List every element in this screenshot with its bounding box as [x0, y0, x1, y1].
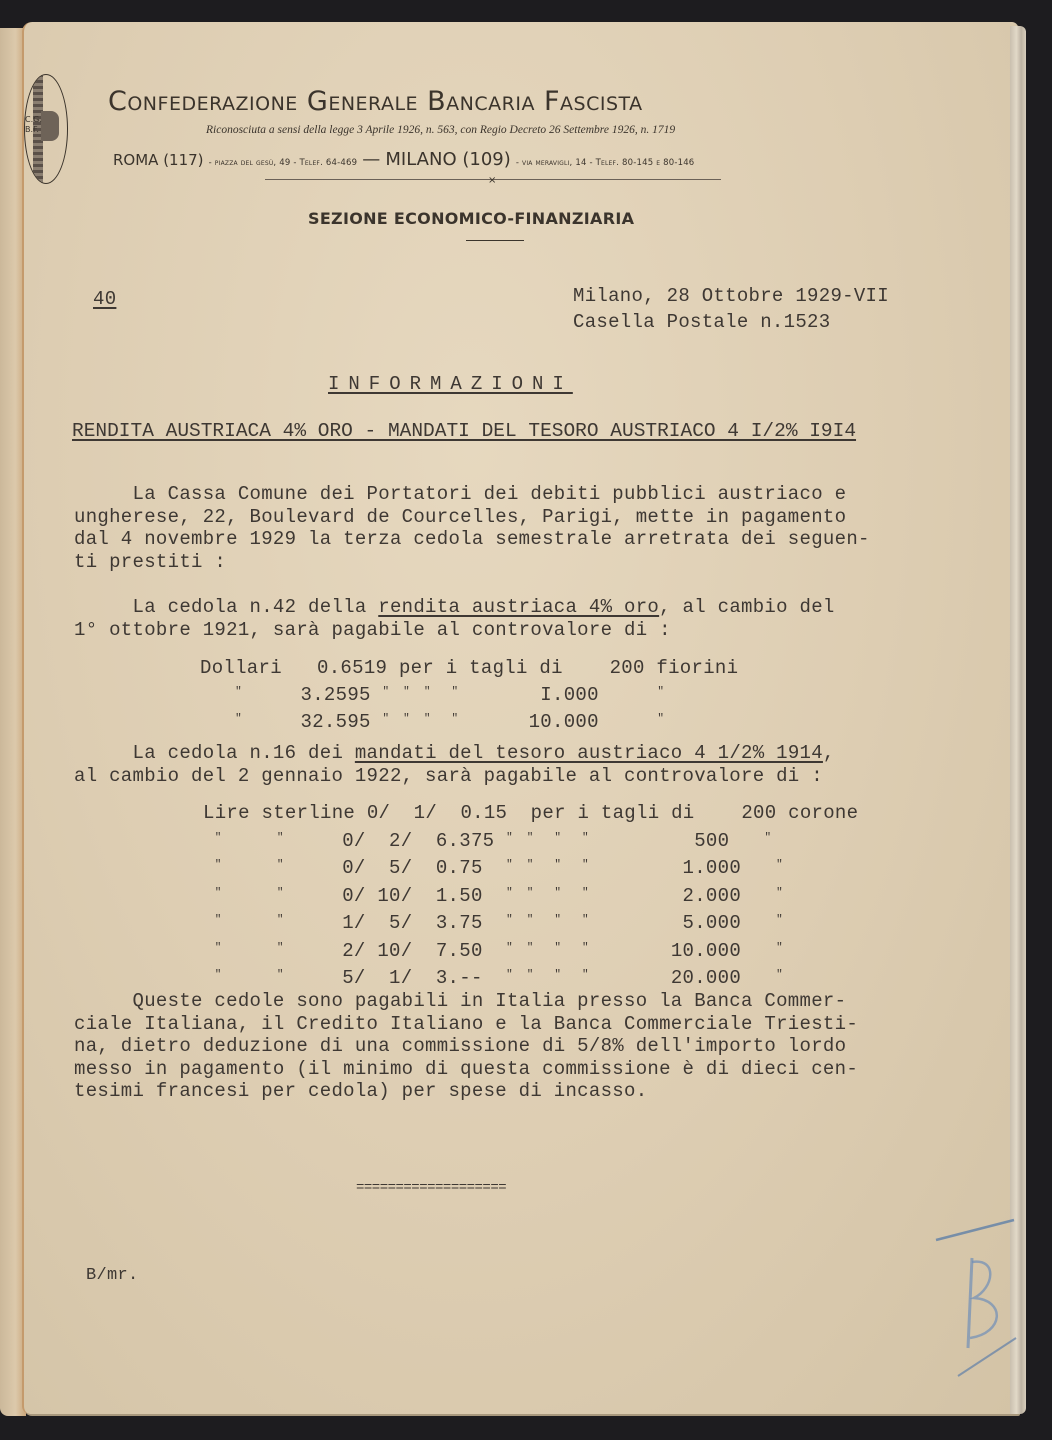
- table-row: " " 1/ 5/ 3.75 " " " " 5.000 ": [203, 908, 858, 936]
- ditto-marks: " ": [215, 887, 284, 899]
- ditto-mark: ": [776, 859, 783, 871]
- cell-pounds: 2/: [342, 940, 365, 962]
- ditto-marks: " " " ": [382, 713, 458, 725]
- subject-line: RENDITA AUSTRIACA 4% ORO - MANDATI DEL T…: [72, 420, 856, 442]
- ditto-marks: " ": [215, 832, 284, 844]
- address-separator: —: [362, 149, 380, 170]
- cell-denomination: 10.000: [529, 711, 599, 733]
- paragraph-intro: La Cassa Comune dei Portatori dei debiti…: [74, 483, 870, 573]
- cell-pounds: 1/: [342, 912, 365, 934]
- text-line: ciale Italiana, il Credito Italiano e la…: [74, 1013, 858, 1036]
- cell-shillings: 1/: [389, 967, 412, 989]
- table-row: Dollari 0.6519 per i tagli di 200 fiorin…: [200, 656, 738, 680]
- underlined-loan-name: mandati del tesoro austriaco 4 1/2% 1914: [355, 742, 823, 764]
- ditto-marks: " " " ": [506, 887, 589, 899]
- cell-denomination: 10.000: [671, 940, 741, 962]
- text-line: 1° ottobre 1921, sarà pagabile al contro…: [74, 619, 835, 642]
- ditto-mark: ": [657, 713, 664, 725]
- cell-shillings: 10/: [377, 885, 412, 907]
- text-line: al cambio del 2 gennaio 1922, sarà pagab…: [74, 765, 835, 788]
- divider-cross-icon: ×: [488, 175, 496, 186]
- table-row: " " 5/ 1/ 3.-- " " " " 20.000 ": [203, 963, 858, 991]
- text-line: tesimi francesi per cedola) per spese di…: [74, 1080, 858, 1103]
- organization-name: Confederazione Generale Bancaria Fascist…: [108, 86, 888, 117]
- text-line: ungherese, 22, Boulevard de Courcelles, …: [74, 506, 870, 529]
- cell-shillings: 5/: [389, 857, 412, 879]
- section-title: SEZIONE ECONOMICO-FINANZIARIA: [308, 209, 634, 228]
- end-rule: ===================: [356, 1180, 506, 1196]
- ditto-marks: " ": [215, 969, 284, 981]
- address-line: ROMA (117) - piazza del gesù, 49 - Telef…: [113, 149, 694, 170]
- ditto-mark: ": [764, 832, 771, 844]
- cell-pounds: 0/: [342, 857, 365, 879]
- ditto-marks: " ": [215, 859, 284, 871]
- cell-unit: corone: [788, 802, 858, 824]
- ditto-marks: " " " ": [506, 914, 589, 926]
- cell-shillings: 2/: [389, 830, 412, 852]
- ditto-marks: " " " ": [506, 832, 589, 844]
- table-row: " 3.2595 " " " " I.000 ": [200, 680, 738, 707]
- page-stack-edge: [1010, 26, 1026, 1414]
- ditto-mark: ": [235, 713, 242, 725]
- text-fragment: La cedola n.42 della: [74, 596, 378, 618]
- paragraph-payment-terms: Queste cedole sono pagabili in Italia pr…: [74, 990, 858, 1103]
- cell-amount: 0.6519: [317, 657, 387, 679]
- cell-pence: 3.--: [436, 967, 483, 989]
- cell-currency: Dollari: [200, 657, 282, 679]
- cell-pounds: 0/: [367, 802, 390, 824]
- cell-shillings: 1/: [414, 802, 437, 824]
- cell-denomination: 200: [610, 657, 645, 679]
- text-line: dal 4 novembre 1929 la terza cedola seme…: [74, 528, 870, 551]
- cell-denomination: 20.000: [671, 967, 741, 989]
- table-row: Lire sterline 0/ 1/ 0.15 per i tagli di …: [203, 801, 858, 826]
- table-row: " " 0/ 2/ 6.375 " " " " 500 ": [203, 826, 858, 854]
- sterling-coupon-table: Lire sterline 0/ 1/ 0.15 per i tagli di …: [203, 801, 858, 991]
- text-line: La Cassa Comune dei Portatori dei debiti…: [74, 483, 870, 506]
- cell-denomination: I.000: [540, 684, 599, 706]
- heading: INFORMAZIONI: [328, 373, 573, 395]
- ditto-marks: " ": [215, 942, 284, 954]
- cell-shillings: 10/: [377, 940, 412, 962]
- date-line: Milano, 28 Ottobre 1929-VII: [573, 283, 889, 309]
- ditto-mark: ": [776, 942, 783, 954]
- ditto-marks: " " " ": [382, 686, 458, 698]
- ditto-marks: " ": [215, 914, 284, 926]
- cell-pounds: 0/: [342, 830, 365, 852]
- ditto-mark: ": [776, 887, 783, 899]
- cell-denomination: 500: [694, 830, 729, 852]
- cell-pounds: 0/: [342, 885, 365, 907]
- text-line: na, dietro deduzione di una commissione …: [74, 1035, 858, 1058]
- date-block: Milano, 28 Ottobre 1929-VII Casella Post…: [573, 283, 889, 335]
- text-fragment: La cedola n.16 dei: [74, 742, 355, 764]
- table-row: " " 0/ 5/ 0.75 " " " " 1.000 ": [203, 853, 858, 881]
- text-fragment: , al cambio del: [659, 596, 835, 618]
- cell-amount: 32.595: [301, 711, 371, 733]
- paragraph-mandati: La cedola n.16 dei mandati del tesoro au…: [74, 742, 835, 787]
- document-number: 40: [93, 288, 116, 310]
- ditto-mark: ": [657, 686, 664, 698]
- paragraph-rendita: La cedola n.42 della rendita austriaca 4…: [74, 596, 835, 641]
- cell-pounds: 5/: [342, 967, 365, 989]
- cell-pence: 7.50: [436, 940, 483, 962]
- underlined-loan-name: rendita austriaca 4% oro: [378, 596, 659, 618]
- rome-office: ROMA (117): [113, 151, 204, 169]
- cell-pence: 1.50: [436, 885, 483, 907]
- cell-pence: 0.75: [436, 857, 483, 879]
- cell-denomination: 1.000: [683, 857, 742, 879]
- fasces-emblem-icon: C.G. B.F.: [24, 74, 68, 184]
- cell-denomination: 5.000: [683, 912, 742, 934]
- table-row: " 32.595 " " " " 10.000 ": [200, 707, 738, 734]
- ditto-mark: ": [235, 686, 242, 698]
- text-line: Queste cedole sono pagabili in Italia pr…: [74, 990, 858, 1013]
- text-line: ti prestiti :: [74, 551, 870, 574]
- dollar-coupon-table: Dollari 0.6519 per i tagli di 200 fiorin…: [200, 656, 738, 734]
- ditto-marks: " " " ": [506, 969, 589, 981]
- emblem-label: C.G. B.F.: [25, 115, 42, 135]
- ditto-mark: ": [776, 914, 783, 926]
- cell-pence: 0.15: [460, 802, 507, 824]
- cell-pence: 3.75: [436, 912, 483, 934]
- table-row: " " 0/ 10/ 1.50 " " " " 2.000 ": [203, 881, 858, 909]
- text-line: messo in pagamento (il minimo di questa …: [74, 1058, 858, 1081]
- cell-shillings: 5/: [389, 912, 412, 934]
- section-ornament: [466, 240, 524, 241]
- table-row: " " 2/ 10/ 7.50 " " " " 10.000 ": [203, 936, 858, 964]
- ditto-marks: " " " ": [506, 942, 589, 954]
- cell-denomination: 200: [741, 802, 776, 824]
- handwritten-b-mark-icon: [928, 1218, 1018, 1378]
- postal-box: Casella Postale n.1523: [573, 309, 889, 335]
- ditto-marks: " " " ": [506, 859, 589, 871]
- cell-unit: fiorini: [656, 657, 738, 679]
- cell-phrase: per i tagli di: [399, 657, 563, 679]
- milan-address: - via meravigli, 14 - Telef. 80-145 e 80…: [516, 158, 695, 168]
- cell-denomination: 2.000: [683, 885, 742, 907]
- cell-amount: 3.2595: [301, 684, 371, 706]
- typist-initials: B/mr.: [86, 1266, 139, 1285]
- cell-phrase: per i tagli di: [531, 802, 695, 824]
- ditto-mark: ": [776, 969, 783, 981]
- cell-pence: 6.375: [436, 830, 495, 852]
- cell-currency: Lire sterline: [203, 802, 355, 824]
- text-fragment: ,: [823, 742, 835, 764]
- legal-recognition: Riconosciuta a sensi della legge 3 April…: [206, 124, 675, 136]
- rome-address: - piazza del gesù, 49 - Telef. 64-469: [209, 158, 358, 168]
- milan-office: MILANO (109): [385, 149, 510, 170]
